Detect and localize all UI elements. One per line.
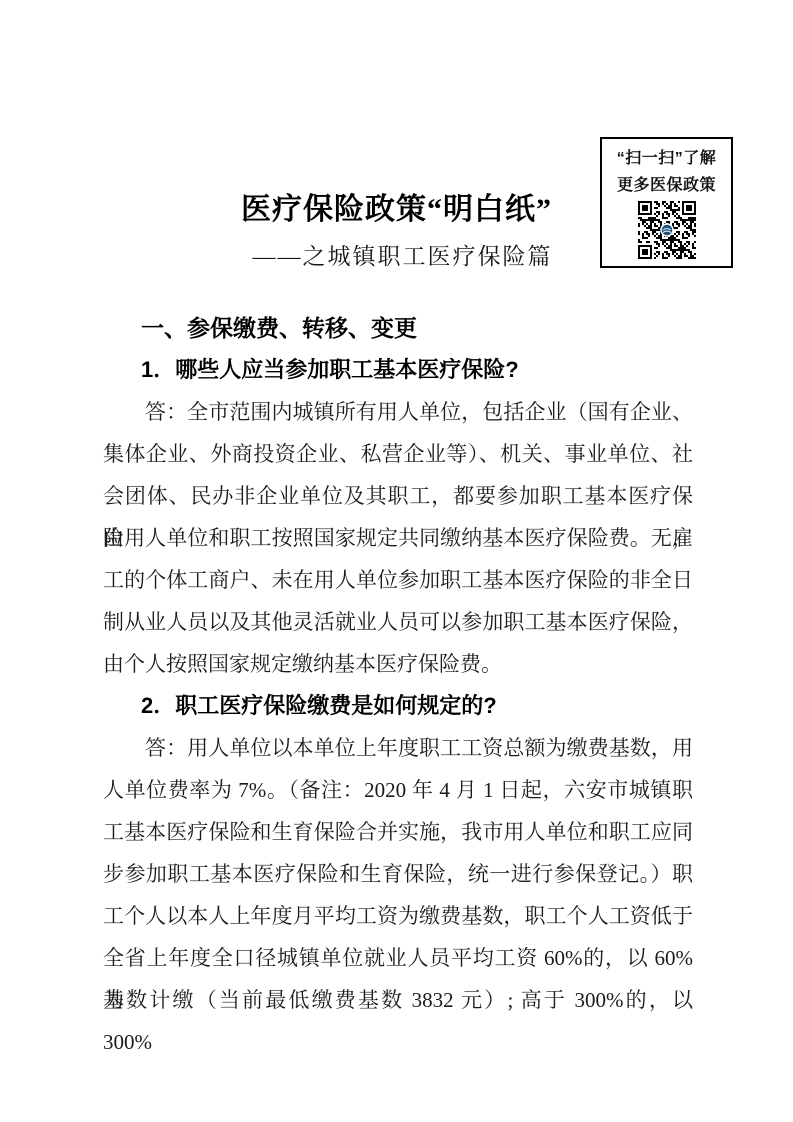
text-line: 答：用人单位以本单位上年度职工工资总额为缴费基数，用	[103, 727, 693, 769]
text-line: 答：全市范围内城镇所有用人单位，包括企业（国有企业、	[103, 391, 693, 433]
text-line: 集体企业、外商投资企业、私营企业等）、机关、事业单位、社	[103, 433, 693, 475]
text-line: 工的个体工商户、未在用人单位参加职工基本医疗保险的非全日	[103, 559, 693, 601]
document-page: “扫一扫”了解 更多医保政策 医疗保险政策“明白纸” ——之城镇职工医疗保险篇 …	[0, 0, 793, 1122]
doc-title: 医疗保险政策“明白纸”	[0, 184, 793, 228]
text-line: 步参加职工基本医疗保险和生育保险，统一进行参保登记。）职	[103, 853, 693, 895]
text-line: 由个人按照国家规定缴纳基本医疗保险费。	[103, 643, 693, 685]
section-heading: 一、参保缴费、转移、变更	[103, 307, 693, 349]
paragraph: 答：全市范围内城镇所有用人单位，包括企业（国有企业、集体企业、外商投资企业、私营…	[103, 391, 693, 685]
text-line: 基数计缴（当前最低缴费基数 3832 元）; 高于 300%的，以 300%	[103, 979, 693, 1021]
qr-caption-line1: “扫一扫”了解	[602, 145, 731, 172]
text-line: 工个人以本人上年度月平均工资为缴费基数，职工个人工资低于	[103, 895, 693, 937]
text-line: 由用人单位和职工按照国家规定共同缴纳基本医疗保险费。无雇	[103, 517, 693, 559]
content: 一、参保缴费、转移、变更1．哪些人应当参加职工基本医疗保险?答：全市范围内城镇所…	[103, 307, 693, 1021]
text-line: 工基本医疗保险和生育保险合并实施，我市用人单位和职工应同	[103, 811, 693, 853]
doc-subtitle: ——之城镇职工医疗保险篇	[6, 238, 793, 271]
question-heading: 2．职工医疗保险缴费是如何规定的?	[103, 685, 693, 727]
text-line: 制从业人员以及其他灵活就业人员可以参加职工基本医疗保险，	[103, 601, 693, 643]
text-line: 会团体、民办非企业单位及其职工，都要参加职工基本医疗保险，	[103, 475, 693, 517]
paragraph: 答：用人单位以本单位上年度职工工资总额为缴费基数，用人单位费率为 7%。（备注：…	[103, 727, 693, 1021]
text-line: 人单位费率为 7%。（备注：2020 年 4 月 1 日起，六安市城镇职	[103, 769, 693, 811]
question-heading: 1．哪些人应当参加职工基本医疗保险?	[103, 349, 693, 391]
text-line: 全省上年度全口径城镇单位就业人员平均工资 60%的，以 60%为	[103, 937, 693, 979]
